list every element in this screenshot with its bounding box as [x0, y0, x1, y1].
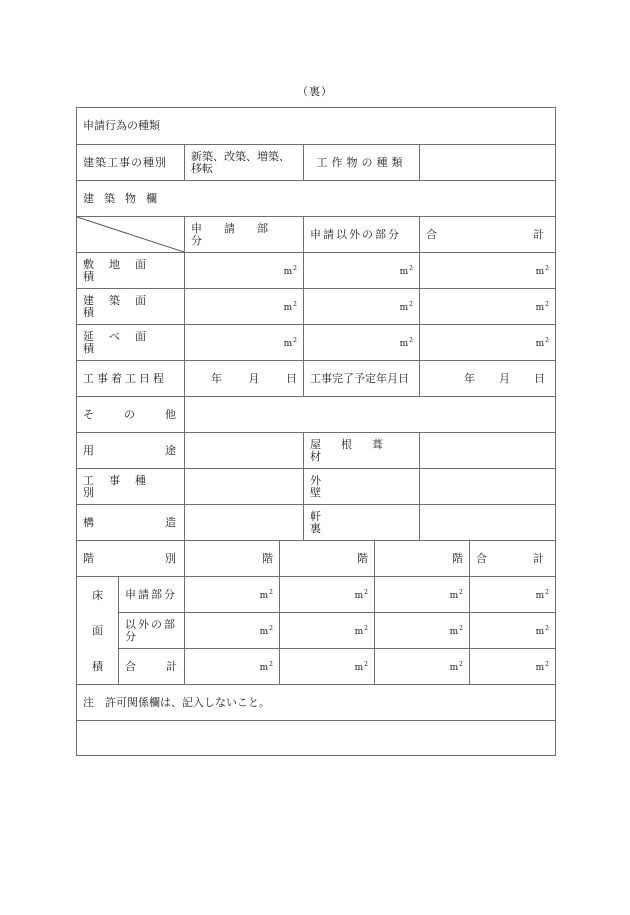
unit-sqm: m2 — [450, 587, 463, 602]
floor-col-2: 階 — [279, 541, 374, 576]
unit-sqm: m2 — [284, 299, 297, 314]
row-floor-area-total: 合計 m2 m2 m2 m2 — [118, 648, 555, 684]
blank-field[interactable] — [77, 721, 555, 755]
floor-area-application-f2[interactable]: m2 — [279, 577, 374, 612]
floor-col-total-text: 合計 — [476, 553, 590, 565]
header-application-part-text: 申請部分 — [191, 223, 319, 247]
unit-sqm: m2 — [355, 659, 368, 674]
unit-sqm: m2 — [536, 623, 549, 638]
unit-sqm: m2 — [400, 299, 413, 314]
page-title: （裏） — [0, 83, 630, 99]
start-date-label: 工事着工日程 — [77, 361, 184, 396]
floor-col-3: 階 — [374, 541, 469, 576]
row-other: その他 — [77, 396, 555, 432]
row-blank — [77, 720, 555, 755]
structure-type-label: 工作物の種類 — [303, 145, 419, 180]
floor-area-other-f3[interactable]: m2 — [374, 613, 469, 648]
floor-area-application-label: 申請部分 — [118, 577, 184, 612]
row-usage: 用途 屋根葺材 — [77, 432, 555, 468]
floor-area-other-total[interactable]: m2 — [469, 613, 555, 648]
unit-sqm: m2 — [450, 659, 463, 674]
unit-sqm: m2 — [260, 659, 273, 674]
floor-area-total-total[interactable]: m2 — [469, 649, 555, 684]
structure-type-value[interactable] — [419, 145, 555, 180]
unit-sqm: m2 — [284, 335, 297, 350]
end-month-label: 月 — [499, 373, 510, 385]
floor-area-total-f3[interactable]: m2 — [374, 649, 469, 684]
row-site-area: 敷地面積 m2 m2 m2 — [77, 252, 555, 288]
row-total-floor-area: 延べ面積 m2 m2 m2 — [77, 324, 555, 360]
floors-header-label: 階別 — [77, 541, 184, 576]
structure-label: 構造 — [77, 505, 184, 540]
end-date-field[interactable]: 年 月 日 — [419, 361, 555, 396]
unit-sqm: m2 — [450, 623, 463, 638]
unit-sqm: m2 — [536, 263, 549, 278]
unit-sqm: m2 — [284, 263, 297, 278]
building-area-label: 建築面積 — [77, 289, 184, 324]
header-application-part: 申請部分 — [184, 217, 303, 252]
floor-col-total: 合計 — [469, 541, 555, 576]
unit-sqm: m2 — [536, 659, 549, 674]
floor-area-char-1: 床 — [92, 587, 103, 603]
structure-value[interactable] — [184, 505, 303, 540]
unit-sqm: m2 — [260, 587, 273, 602]
work-type-label: 工事種別 — [77, 469, 184, 504]
start-date-field[interactable]: 年 月 日 — [184, 361, 303, 396]
row-area-header: 申請部分 申請以外の部分 合計 — [77, 216, 555, 252]
header-other-part: 申請以外の部分 — [303, 217, 419, 252]
building-area-other[interactable]: m2 — [303, 289, 419, 324]
site-area-label: 敷地面積 — [77, 253, 184, 288]
construction-kind-label: 建築工事の種別 — [77, 145, 184, 180]
diagonal-corner-cell — [77, 217, 184, 252]
floor-area-other-f1[interactable]: m2 — [184, 613, 279, 648]
usage-value[interactable] — [184, 433, 303, 468]
floor-area-other-f2[interactable]: m2 — [279, 613, 374, 648]
floor-area-total-label: 合計 — [118, 649, 184, 684]
unit-sqm: m2 — [355, 587, 368, 602]
building-area-application[interactable]: m2 — [184, 289, 303, 324]
header-total-text: 合計 — [426, 229, 630, 241]
floor-area-application-total[interactable]: m2 — [469, 577, 555, 612]
row-construction-kind: 建築工事の種別 新築、改築、増築、移転 工作物の種類 — [77, 144, 555, 180]
floor-col-1: 階 — [184, 541, 279, 576]
floor-area-total-f1[interactable]: m2 — [184, 649, 279, 684]
floor-area-application-f3[interactable]: m2 — [374, 577, 469, 612]
unit-sqm: m2 — [536, 335, 549, 350]
row-work-type: 工事種別 外壁 — [77, 468, 555, 504]
exterior-wall-label: 外壁 — [303, 469, 419, 504]
end-year-label: 年 — [464, 373, 475, 385]
floor-area-other-label: 以外の部分 — [118, 613, 184, 648]
application-type-label: 申請行為の種類 — [77, 108, 555, 144]
total-floor-area-application[interactable]: m2 — [184, 325, 303, 360]
floor-area-char-2: 面 — [92, 622, 103, 638]
unit-sqm: m2 — [355, 623, 368, 638]
start-month-label: 月 — [249, 373, 260, 385]
start-day-label: 日 — [286, 373, 297, 385]
other-label: その他 — [77, 397, 184, 432]
application-form: 申請行為の種類 建築工事の種別 新築、改築、増築、移転 工作物の種類 建築物欄 … — [76, 107, 556, 756]
other-value[interactable] — [184, 397, 555, 432]
total-floor-area-total[interactable]: m2 — [419, 325, 555, 360]
eave-value[interactable] — [419, 505, 555, 540]
row-building-area: 建築面積 m2 m2 m2 — [77, 288, 555, 324]
site-area-application[interactable]: m2 — [184, 253, 303, 288]
floor-area-total-f2[interactable]: m2 — [279, 649, 374, 684]
header-total: 合計 — [419, 217, 555, 252]
site-area-other[interactable]: m2 — [303, 253, 419, 288]
unit-sqm: m2 — [400, 263, 413, 278]
row-floor-area-application: 申請部分 m2 m2 m2 m2 — [118, 576, 555, 612]
end-date-label: 工事完了予定年月日 — [303, 361, 419, 396]
construction-kind-value[interactable]: 新築、改築、増築、移転 — [184, 145, 303, 180]
floor-area-application-f1[interactable]: m2 — [184, 577, 279, 612]
row-schedule: 工事着工日程 年 月 日 工事完了予定年月日 年 月 日 — [77, 360, 555, 396]
floor-area-group-label: 床 面 積 — [77, 576, 118, 684]
roof-material-value[interactable] — [419, 433, 555, 468]
unit-sqm: m2 — [536, 299, 549, 314]
row-building-section: 建築物欄 — [77, 180, 555, 216]
floor-area-char-3: 積 — [92, 658, 103, 674]
note-text: 注 許可関係欄は、記入しないこと。 — [77, 685, 555, 720]
diagonal-line-icon — [77, 217, 184, 252]
total-floor-area-label: 延べ面積 — [77, 325, 184, 360]
building-section-label: 建築物欄 — [77, 181, 207, 216]
row-floors-header: 階別 階 階 階 合計 — [77, 540, 555, 576]
row-floor-area-other: 以外の部分 m2 m2 m2 m2 — [118, 612, 555, 648]
usage-label: 用途 — [77, 433, 184, 468]
row-application-type: 申請行為の種類 — [77, 108, 555, 144]
unit-sqm: m2 — [260, 623, 273, 638]
exterior-wall-value[interactable] — [419, 469, 555, 504]
total-floor-area-other[interactable]: m2 — [303, 325, 419, 360]
roof-material-label: 屋根葺材 — [303, 433, 419, 468]
site-area-total[interactable]: m2 — [419, 253, 555, 288]
building-area-total[interactable]: m2 — [419, 289, 555, 324]
end-day-label: 日 — [534, 373, 545, 385]
work-type-value[interactable] — [184, 469, 303, 504]
start-year-label: 年 — [211, 373, 222, 385]
unit-sqm: m2 — [400, 335, 413, 350]
row-note: 注 許可関係欄は、記入しないこと。 — [77, 684, 555, 720]
unit-sqm: m2 — [536, 587, 549, 602]
row-structure: 構造 軒裏 — [77, 504, 555, 540]
eave-label: 軒裏 — [303, 505, 419, 540]
